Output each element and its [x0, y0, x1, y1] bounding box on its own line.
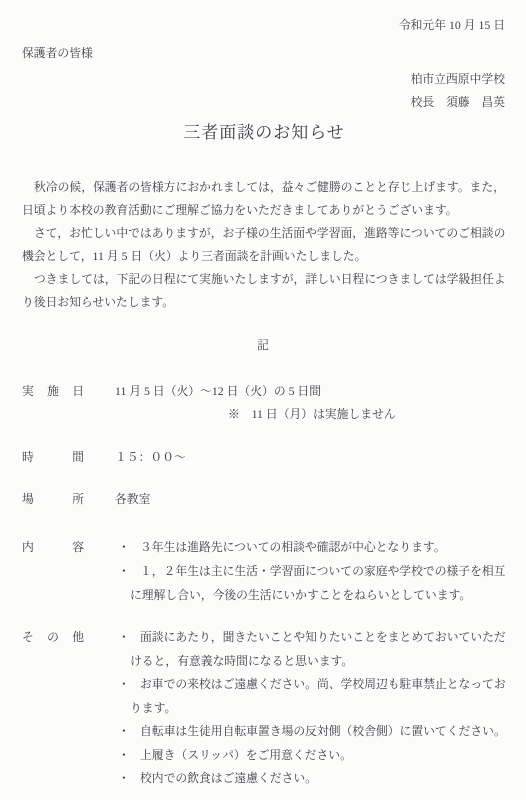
bullet-text-continuation: に理解し合い，今後の生活にいかすことをねらいとしています。 [130, 583, 505, 607]
list-item: ・ 面談にあたり，聞きたいことや知りたいことをまとめておいていただ けると，有意… [118, 626, 506, 673]
basho-value: 各教室 [115, 488, 150, 511]
bullet-dot-icon: ・ [118, 673, 140, 697]
bullet-text: 自転車は生徒用自転車置き場の反対側（校舎側）に置いてください。 [140, 720, 506, 744]
paragraph-line: り後日お知らせいたします。 [22, 291, 506, 314]
notice-document: 令和元年 10 月 15 日 保護者の皆様 柏市立西原中学校 校長 須藤 昌英 … [0, 0, 526, 800]
bullet-text: お車での来校はご遠慮ください。尚、学校周辺も駐車禁止となってお [140, 673, 506, 697]
list-item: ・ １，２年生は主に生活・学習面についての家庭や学校での様子を相互 に理解し合い… [118, 559, 505, 607]
bullet-text-continuation: ります。 [130, 697, 506, 721]
list-item: ・ ３年生は進路先についての相談や確認が中心となります。 [118, 535, 505, 559]
principal-name: 校長 須藤 昌英 [22, 91, 505, 114]
bullet-text: 上履き（スリッパ）をご用意ください。 [140, 744, 352, 768]
document-title: 三者面談のお知らせ [22, 119, 506, 147]
row-label-naiyo: 内容 [22, 535, 84, 559]
paragraph-line: 機会として，11 月 5 日（火）より三者面談を計画いたしました。 [22, 245, 506, 268]
bullet-text: １，２年生は主に生活・学習面についての家庭や学校での様子を相互 [140, 559, 505, 583]
bullet-dot-icon: ・ [118, 767, 140, 791]
list-item: ・ 校内での飲食はご遠慮ください。 [118, 767, 506, 791]
body-text: 秋冷の候，保護者の皆様方におかれましては，益々ご健勝のことと存じ上げます。また，… [22, 176, 506, 314]
list-item: ・ お車での来校はご遠慮ください。尚、学校周辺も駐車禁止となってお ります。 [118, 673, 506, 720]
section-basho: 場所 各教室 [22, 488, 506, 511]
section-naiyo: 内容 ・ ３年生は進路先についての相談や確認が中心となります。 ・ １，２年生は… [22, 535, 506, 607]
row-label-basho: 場所 [22, 488, 84, 511]
paragraph-line: 秋冷の候，保護者の皆様方におかれましては，益々ご健勝のことと存じ上げます。また， [22, 176, 506, 199]
addressee: 保護者の皆様 [22, 42, 506, 65]
bullet-text-continuation: けると，有意義な時間になると思います。 [130, 650, 506, 674]
bullet-text: ３年生は進路先についての相談や確認が中心となります。 [140, 535, 446, 559]
bullet-dot-icon: ・ [118, 626, 140, 650]
paragraph-line: 日頃より本校の教育活動にご理解ご協力をいただきましてありがとうございます。 [22, 199, 506, 222]
section-jikan: 時間 １５：００～ [22, 446, 506, 469]
paragraph-line: さて，お忙しい中ではありますが，お子様の生活面や学習面，進路等についてのご相談の [22, 222, 506, 245]
record-marker: 記 [22, 334, 506, 357]
jisshibi-value: 11 月 5 日（火）～12 日（火）の 5 日間 [115, 380, 321, 403]
paragraph-line: つきましては，下記の日程にて実施いたしますが，詳しい日程につきましては学級担任よ [22, 268, 506, 291]
letter-date: 令和元年 10 月 15 日 [22, 14, 506, 37]
jisshibi-note: ※ 11 日（月）は実施しません [228, 403, 506, 426]
jikan-value: １５：００～ [115, 446, 186, 469]
list-item: ・ 上履き（スリッパ）をご用意ください。 [118, 744, 506, 768]
bullet-dot-icon: ・ [118, 559, 140, 583]
bullet-dot-icon: ・ [118, 535, 140, 559]
school-name: 柏市立西原中学校 [22, 68, 505, 91]
bullet-dot-icon: ・ [118, 744, 140, 768]
list-item: ・ 自転車は生徒用自転車置き場の反対側（校舎側）に置いてください。 [118, 720, 506, 744]
section-jisshibi: 実施日 11 月 5 日（火）～12 日（火）の 5 日間 ※ 11 日（月）は… [22, 380, 506, 426]
sender-block: 柏市立西原中学校 校長 須藤 昌英 [22, 68, 506, 114]
row-label-jikan: 時間 [22, 446, 84, 469]
bullet-text: 面談にあたり，聞きたいことや知りたいことをまとめておいていただ [140, 626, 506, 650]
row-label-jisshibi: 実施日 [22, 380, 84, 403]
bullet-dot-icon: ・ [118, 720, 140, 744]
row-label-sonota: その他 [22, 626, 84, 650]
section-sonota: その他 ・ 面談にあたり，聞きたいことや知りたいことをまとめておいていただ ける… [22, 626, 506, 791]
bullet-text: 校内での飲食はご遠慮ください。 [140, 767, 317, 791]
